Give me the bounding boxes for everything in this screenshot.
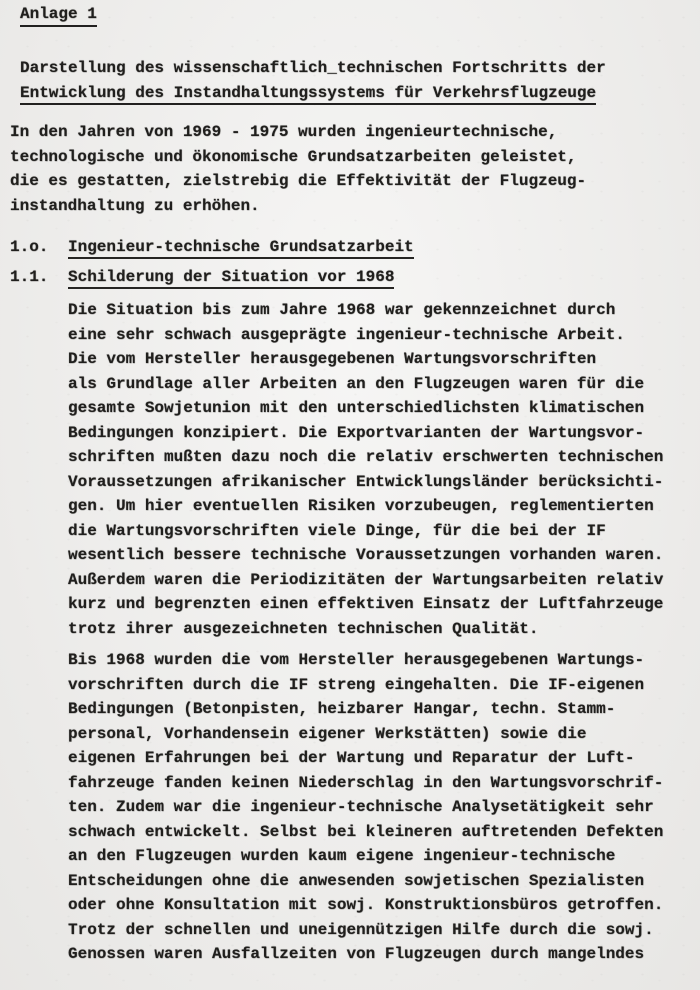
scanned-document-page: Anlage 1 Darstellung des wissenschaftlic… [0,0,700,990]
section-title-1o: Ingenieur-technische Grundsatzarbeit [68,238,414,259]
intro-paragraph: In den Jahren von 1969 - 1975 wurden ing… [10,120,586,218]
title-line-1: Darstellung des wissenschaftlich_technis… [20,56,606,81]
document-title: Darstellung des wissenschaftlich_technis… [20,56,606,105]
title-line-2-text: Entwicklung des Instandhaltungssystems f… [20,84,596,106]
section-number-11: 1.1. [10,265,68,290]
body-paragraph-1: Die Situation bis zum Jahre 1968 war gek… [68,298,663,641]
annex-label-text: Anlage 1 [20,5,97,27]
section-title-11: Schilderung der Situation vor 1968 [68,268,394,289]
body-paragraph-2: Bis 1968 wurden die vom Hersteller herau… [68,648,663,967]
title-line-2: Entwicklung des Instandhaltungssystems f… [20,81,606,106]
section-heading-1o: 1.o.Ingenieur-technische Grundsatzarbeit [10,235,414,260]
annex-label: Anlage 1 [20,2,97,27]
section-number-1o: 1.o. [10,235,68,260]
section-heading-11: 1.1.Schilderung der Situation vor 1968 [10,265,394,290]
